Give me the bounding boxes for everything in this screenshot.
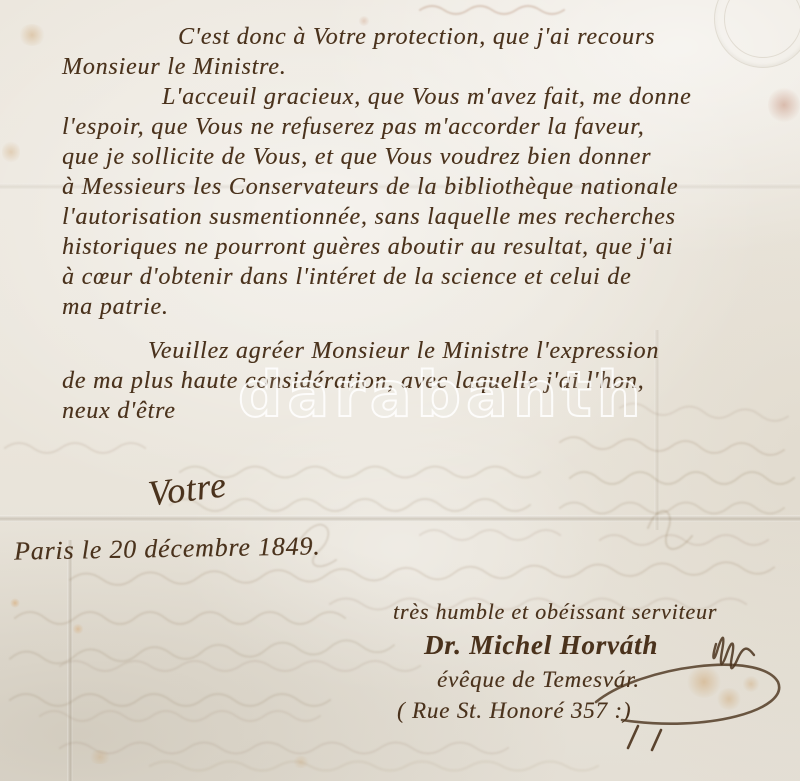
fold-crease-vertical [67, 540, 73, 781]
valediction-votre: Votre [146, 463, 229, 514]
letter-body: C'est donc à Votre protection, que j'ai … [62, 22, 782, 426]
ink-mark [628, 726, 638, 748]
closing-phrase: très humble et obéissant serviteur [393, 599, 717, 625]
letter-line: à Messieurs les Conservateurs de la bibl… [62, 172, 782, 202]
stain [18, 24, 46, 46]
letter-line: à cœur d'obtenir dans l'intéret de la sc… [62, 262, 782, 292]
stain [88, 750, 112, 764]
letter-line: l'espoir, que Vous ne refuserez pas m'ac… [62, 112, 782, 142]
stain [716, 688, 742, 710]
ink-mark [652, 730, 661, 750]
signature-title: évêque de Temesvár. [437, 667, 640, 693]
letter-line: Veuillez agréer Monsieur le Ministre l'e… [62, 336, 782, 366]
stain [292, 756, 310, 768]
signature-name: Dr. Michel Horváth [424, 630, 658, 661]
stain [686, 666, 722, 698]
scanned-letter-page: C'est donc à Votre protection, que j'ai … [0, 0, 800, 781]
letter-line: que je sollicite de Vous, et que Vous vo… [62, 142, 782, 172]
dateline-paris: Paris le 20 décembre 1849. [14, 531, 321, 566]
stain [2, 140, 20, 164]
letter-line: neux d'être [62, 396, 782, 426]
letter-line: l'autorisation susmentionnée, sans laque… [62, 202, 782, 232]
letter-line: C'est donc à Votre protection, que j'ai … [62, 22, 782, 52]
letter-line: ma patrie. [62, 292, 782, 322]
letter-line: Monsieur le Ministre. [62, 52, 782, 82]
stain [742, 676, 760, 692]
stain [10, 598, 20, 608]
letter-line: L'acceuil gracieux, que Vous m'avez fait… [62, 82, 782, 112]
stain [72, 624, 84, 634]
fold-crease-horizontal [0, 515, 800, 522]
letter-line: historiques ne pourront guères aboutir a… [62, 232, 782, 262]
letter-line: de ma plus haute considération, avec laq… [62, 366, 782, 396]
address-line: ( Rue St. Honoré 357 :) [397, 698, 631, 724]
